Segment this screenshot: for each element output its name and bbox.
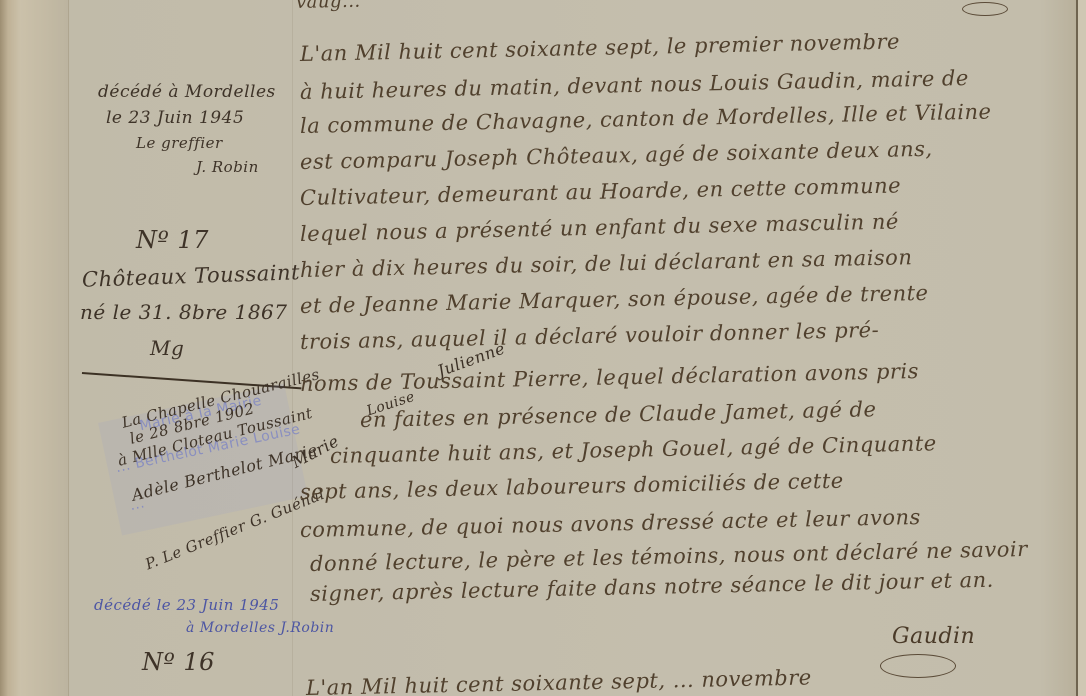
body-line: commune, de quoi nous avons dressé acte …: [300, 505, 921, 542]
death-note-line: le 23 Juin 1945: [106, 108, 244, 128]
binding-fold-line: [68, 0, 69, 696]
death-note-line: J. Robin: [196, 158, 259, 176]
mayor-signature: Gaudin: [892, 624, 975, 649]
body-line: noms de Toussaint Pierre, lequel déclara…: [300, 359, 919, 396]
body-line: L'an Mil huit cent soixante sept, le pre…: [300, 29, 900, 66]
entry-initials: Mg: [150, 336, 184, 360]
body-line: à huit heures du matin, devant nous Loui…: [300, 66, 969, 104]
body-line: lequel nous a présenté un enfant du sexe…: [300, 209, 899, 246]
death-note-line: décédé à Mordelles: [98, 82, 276, 102]
body-line: est comparu Joseph Chôteaux, agé de soix…: [300, 137, 933, 174]
signature-flourish: [880, 654, 956, 678]
body-line: hier à dix heures du soir, de lui déclar…: [300, 245, 913, 282]
top-fragment-text: vaug...: [296, 0, 361, 13]
entry-name: Chôteaux Toussaint: [82, 260, 301, 292]
entry-birth-date: né le 31. 8bre 1867: [80, 300, 288, 324]
top-signature-flourish: [962, 2, 1008, 16]
document-page: vaug... décédé à Mordelles le 23 Juin 19…: [0, 0, 1086, 696]
body-line: trois ans, auquel il a déclaré vouloir d…: [300, 318, 880, 354]
death-note-line: décédé le 23 Juin 1945: [94, 596, 279, 614]
next-page-strip: [1078, 0, 1086, 696]
next-entry-number: Nº 16: [142, 648, 215, 676]
next-entry-start: L'an Mil huit cent soixante sept, ... no…: [306, 665, 812, 696]
death-note-line: à Mordelles J.Robin: [186, 620, 334, 636]
entry-number: Nº 17: [136, 226, 209, 254]
body-line: en faites en présence de Claude Jamet, a…: [360, 397, 877, 432]
body-line: la commune de Chavagne, canton de Mordel…: [300, 100, 992, 138]
book-binding: [0, 0, 70, 696]
margin-rule: [292, 0, 293, 696]
body-line: Cultivateur, demeurant au Hoarde, en cet…: [300, 173, 902, 210]
death-note-line: Le greffier: [136, 134, 223, 152]
body-line: et de Jeanne Marie Marquer, son épouse, …: [300, 281, 929, 318]
body-line: sept ans, les deux laboureurs domiciliés…: [300, 469, 844, 504]
body-line: cinquante huit ans, et Joseph Gouel, agé…: [330, 431, 937, 468]
